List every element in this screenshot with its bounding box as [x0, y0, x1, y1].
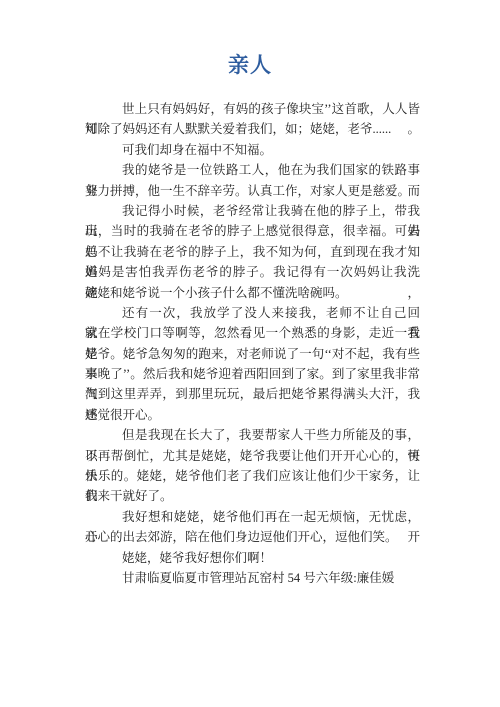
paragraph: 但是我现在长大了，我要帮家人干些力所能及的事，不可以再帮倒忙，尤其是姥姥，姥爷我…	[85, 425, 420, 507]
paragraph: 我记得小时候，老爷经常让我骑在他的脖子上，带我出去玩，当时的我骑在老爷的脖子上感…	[85, 201, 420, 303]
text-line: 心心的出去郊游，陪在他们身边逗他们开心，逗他们笑。	[85, 527, 420, 547]
text-line: 姥姥，姥爷我好想你们啊！	[85, 548, 420, 568]
text-line: 我的姥爷是一位铁路工人，他在为我们国家的铁路事业而	[85, 160, 420, 180]
paragraph: 姥姥，姥爷我好想你们啊！	[85, 548, 420, 568]
text-line: 来晚了’’。然后我和姥爷迎着西阳回到了家。到了家里我非常淘	[85, 364, 420, 384]
paragraph: 可我们却身在福中不知福。	[85, 140, 420, 160]
text-line: 可除了妈妈还有人默默关爱着我们，如；姥姥，老爷......	[85, 119, 420, 139]
text-line: 就在学校门口等啊等，忽然看见一个熟悉的身影，走近一看是	[85, 323, 420, 343]
text-line: 努力拼搏，他一生不辞辛劳。认真工作，对家人更是慈爱。	[85, 181, 420, 201]
paragraph: 我好想和姥姥，姥爷他们再在一起无烦恼，无忧虑，开开心心的出去郊游，陪在他们身边逗…	[85, 507, 420, 548]
paragraph: 我的姥爷是一位铁路工人，他在为我们国家的铁路事业而努力拼搏，他一生不辞辛劳。认真…	[85, 160, 420, 201]
page-title: 亲人	[0, 51, 500, 79]
paragraph: 世上只有妈妈好，有妈的孩子像块宝’’这首歌，人人皆知。可除了妈妈还有人默默关爱着…	[85, 99, 420, 140]
text-line: 总不让我骑在老爷的脖子上，我不知为何，直到现在我才知道	[85, 242, 420, 262]
text-line: 妈妈是害怕我弄伤老爷的脖子。我记得有一次妈妈让我洗碗，	[85, 262, 420, 282]
paragraph: 还有一次，我放学了没人来接我，老师不让自己回家。我就在学校门口等啊等，忽然看见一…	[85, 303, 420, 425]
text-line: 感觉很开心。	[85, 405, 420, 425]
text-line: 可我们却身在福中不知福。	[85, 140, 420, 160]
essay-body: 世上只有妈妈好，有妈的孩子像块宝’’这首歌，人人皆知。可除了妈妈还有人默默关爱着…	[85, 99, 420, 588]
text-line: 但是我现在长大了，我要帮家人干些力所能及的事，不可	[85, 425, 420, 445]
text-line: 世上只有妈妈好，有妈的孩子像块宝’’这首歌，人人皆知。	[85, 99, 420, 119]
text-line: 玩，当时的我骑在老爷的脖子上感觉很得意，很幸福。可妈妈	[85, 221, 420, 241]
paragraph: 甘肃临夏临夏市管理站瓦窑村 54 号六年级:廉佳媛	[85, 568, 420, 588]
text-line: 姥爷。姥爷急匆匆的跑来，对老师说了一句‘‘对不起，我有些事	[85, 344, 420, 364]
text-line: 气到这里弄弄，到那里玩玩，最后把姥爷累得满头大汗，我还	[85, 384, 420, 404]
text-line: 我记得小时候，老爷经常让我骑在他的脖子上，带我出去	[85, 201, 420, 221]
text-line: 们来干就好了。	[85, 486, 420, 506]
text-line: 甘肃临夏临夏市管理站瓦窑村 54 号六年级:廉佳媛	[85, 568, 420, 588]
text-line: 我好想和姥姥，姥爷他们再在一起无烦恼，无忧虑，开开	[85, 507, 420, 527]
text-line: 还有一次，我放学了没人来接我，老师不让自己回家。我	[85, 303, 420, 323]
text-line: 乐乐的。姥姥，姥爷他们老了我们应该让他们少干家务，让我	[85, 466, 420, 486]
document-page: 亲人 世上只有妈妈好，有妈的孩子像块宝’’这首歌，人人皆知。可除了妈妈还有人默默…	[0, 0, 500, 707]
text-line: 以再帮倒忙，尤其是姥姥，姥爷我要让他们开开心心的，快快	[85, 446, 420, 466]
